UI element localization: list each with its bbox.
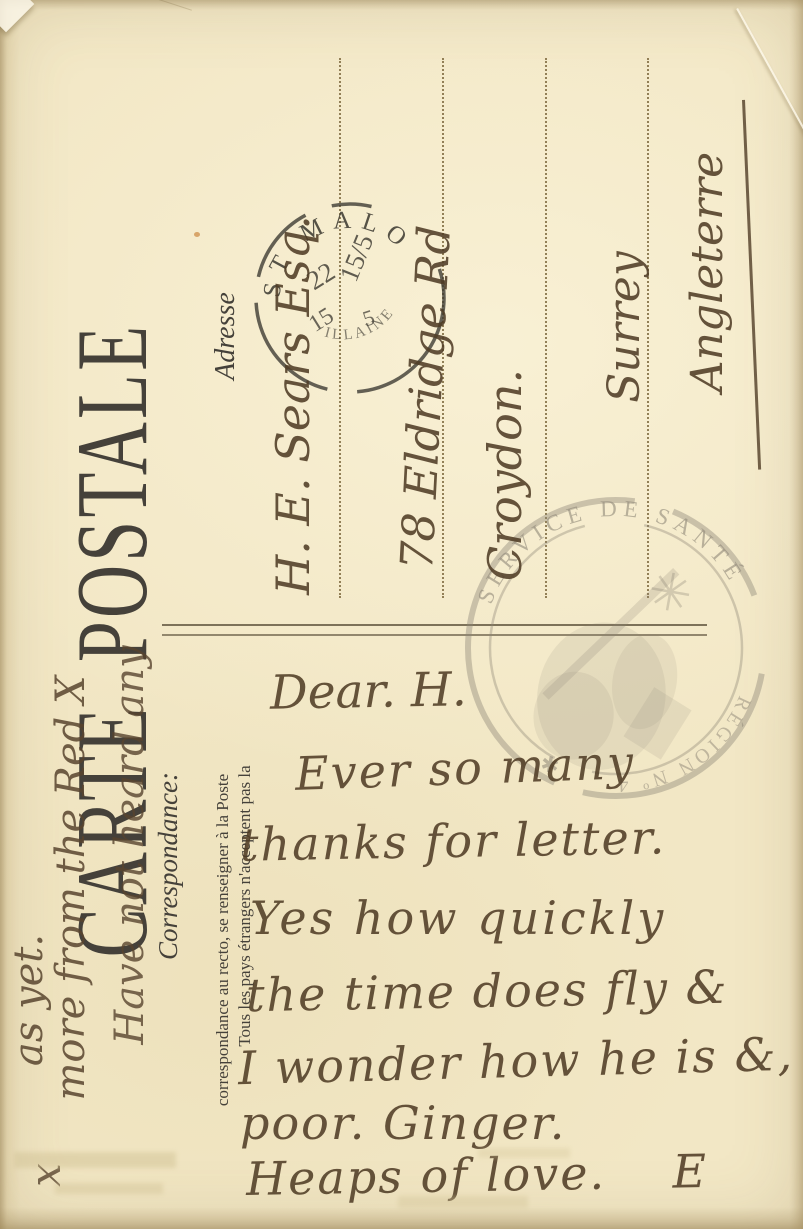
message-line-2: Ever so many xyxy=(294,739,635,797)
address-line-county: Surrey xyxy=(603,217,663,437)
message-line-7: poor. Ginger. xyxy=(240,1100,566,1146)
foreign-notice-line2: correspondance au recto, se renseigner à… xyxy=(213,700,235,1180)
message-line-3: thanks for letter. xyxy=(240,814,667,867)
postcard-back: CARTE POSTALE Adresse Correspondance: To… xyxy=(0,0,803,1229)
orange-speck xyxy=(194,232,200,237)
message-line-6: I wonder how he is &, xyxy=(237,1031,794,1092)
crease-top-right xyxy=(736,8,803,140)
show-through-3 xyxy=(398,1196,528,1208)
address-label: Adresse xyxy=(210,236,246,436)
message-line-1: Dear. H. xyxy=(270,666,467,716)
corner-crease-top-left xyxy=(0,0,34,32)
bottom-edge-shadow xyxy=(0,1207,803,1229)
top-edge-shadow xyxy=(0,0,803,10)
postmark-written-date: 15/5 xyxy=(334,230,380,286)
margin-note-line-2: more from the Red X xyxy=(51,638,105,1138)
address-line-town: Croydon. xyxy=(482,285,542,665)
margin-note-line-3: as yet. xyxy=(9,860,59,1140)
message-line-4: Yes how quickly xyxy=(250,895,666,941)
message-line-5: the time does fly & xyxy=(246,964,729,1018)
show-through-1 xyxy=(14,1152,176,1168)
show-through-4 xyxy=(478,1148,570,1158)
crease-top-center xyxy=(144,0,192,11)
margin-note-line-1: Have not heard any xyxy=(110,610,164,1080)
address-line-name: H. E. Sears Esq. xyxy=(270,145,330,665)
address-line-country: Angleterre xyxy=(686,102,746,442)
show-through-2 xyxy=(55,1183,163,1194)
